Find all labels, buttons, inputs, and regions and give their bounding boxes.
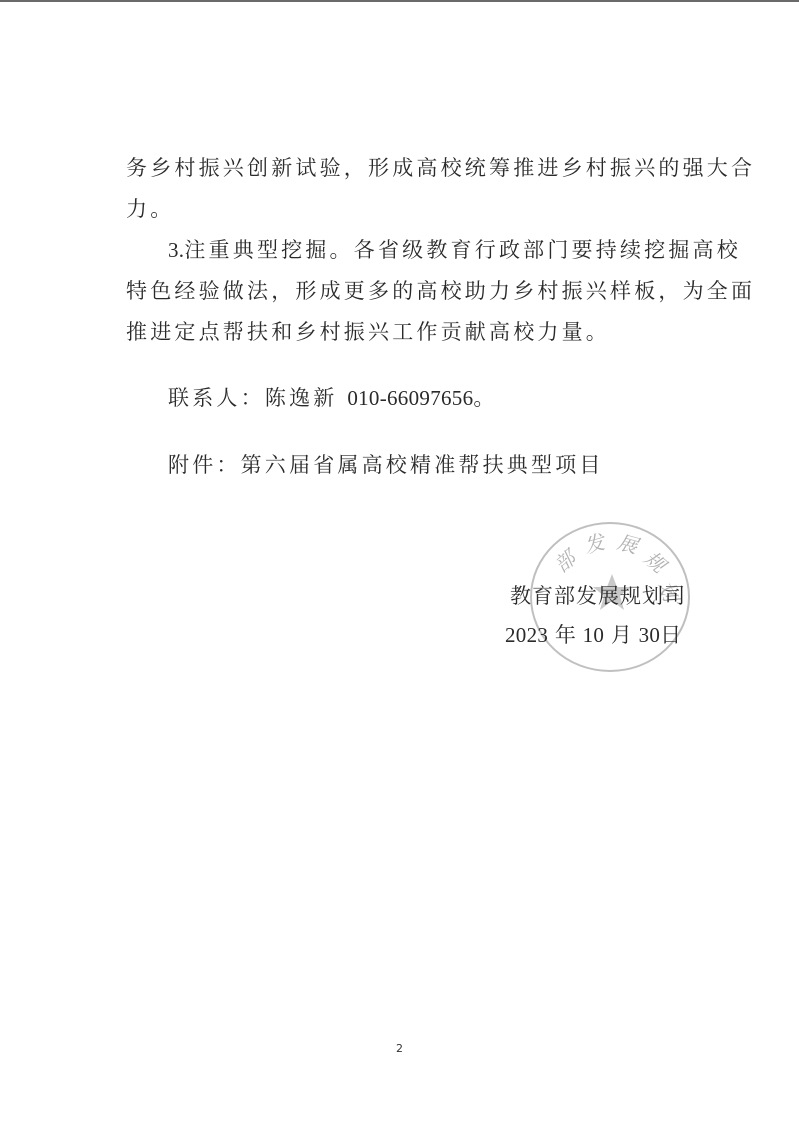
seal-char: 部: [547, 543, 581, 578]
issuer-name: 教育部发展规划司: [510, 583, 686, 609]
contact-phone: 010-66097656。: [347, 386, 494, 410]
date-day: 30: [639, 623, 661, 647]
date-day-unit: 日: [660, 623, 681, 647]
page-number: 2: [396, 1042, 403, 1055]
attachment-line: 附件：第六届省属高校精准帮扶典型项目: [168, 452, 604, 478]
attachment-title: 第六届省属高校精准帮扶典型项目: [241, 453, 604, 477]
item-3-line: 特色经验做法，形成更多的高校助力乡村振兴样板，为全面: [126, 278, 755, 304]
item-3-line: 推进定点帮扶和乡村振兴工作贡献高校力量。: [126, 319, 610, 345]
date-year-unit: 年: [555, 623, 576, 647]
contact-name: 陈逸新: [265, 386, 338, 410]
date-year: 2023: [505, 623, 548, 647]
item-number: 3.: [168, 238, 184, 262]
item-3-line: 3.注重典型挖掘。各省级教育行政部门要持续挖掘高校: [168, 237, 741, 263]
issue-date: 2023 年 10 月 30日: [505, 622, 681, 648]
date-month-unit: 月: [611, 623, 632, 647]
contact-line: 联系人：陈逸新 010-66097656。: [168, 385, 495, 411]
paragraph-line: 力。: [126, 196, 174, 222]
paragraph-line: 务乡村振兴创新试验，形成高校统筹推进乡村振兴的强大合: [126, 155, 755, 181]
document-page: 务乡村振兴创新试验，形成高校统筹推进乡村振兴的强大合 力。 3.注重典型挖掘。各…: [0, 0, 799, 1131]
item-3-text: 注重典型挖掘。各省级教育行政部门要持续挖掘高校: [184, 238, 741, 262]
seal-char: 规: [639, 543, 673, 578]
contact-label: 联系人：: [168, 386, 265, 410]
attachment-label: 附件：: [168, 453, 241, 477]
date-month: 10: [583, 623, 605, 647]
seal-char: 展: [615, 526, 642, 559]
seal-char: 发: [581, 526, 608, 559]
